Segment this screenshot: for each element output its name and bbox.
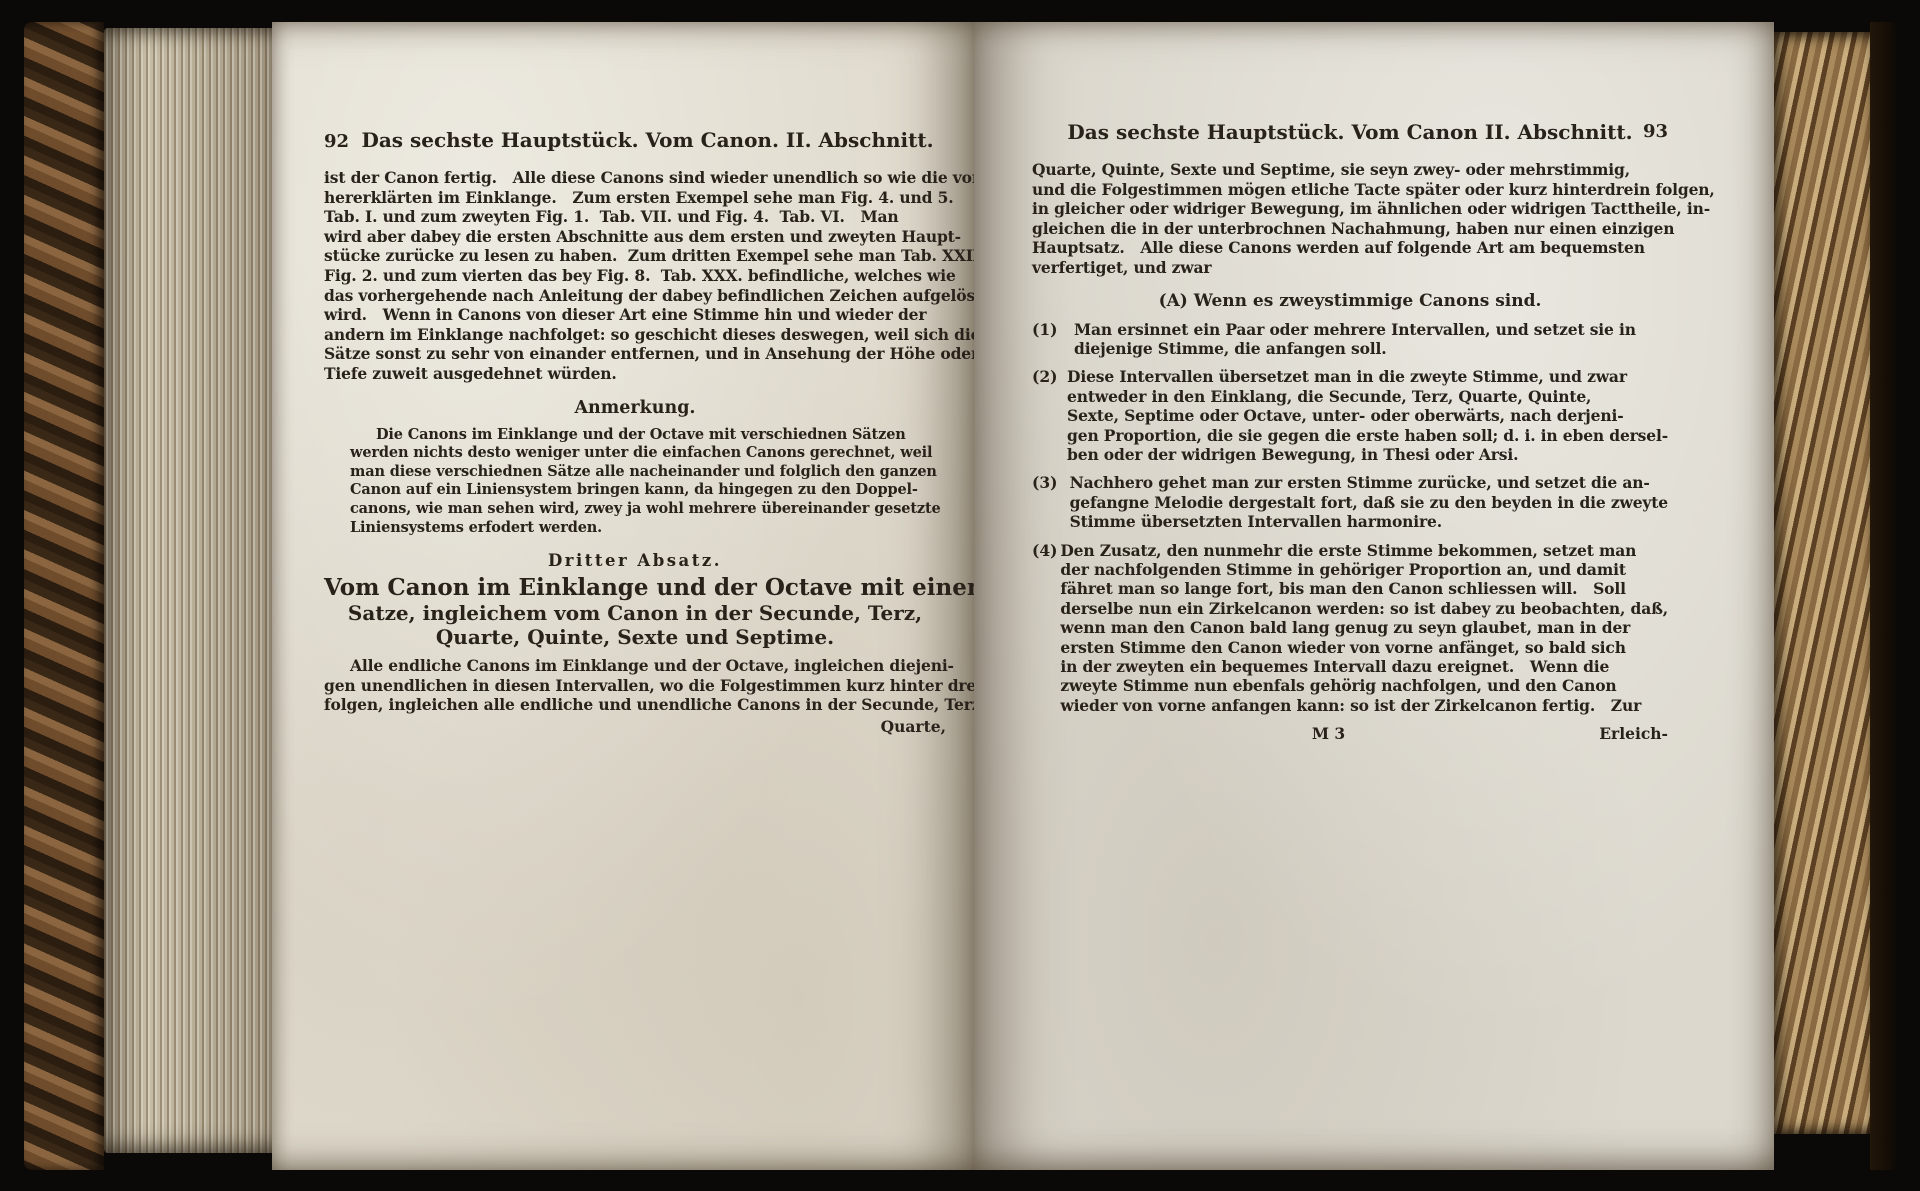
text-line: Quarte, Quinte, Sexte und Septime. xyxy=(324,625,946,649)
list-item-3: (3) Nachhero gehet man zur ersten Stimme… xyxy=(1032,473,1668,531)
text-line: und die Folgestimmen mögen etliche Tacte… xyxy=(1032,180,1668,200)
text-line: Fig. 2. und zum vierten das bey Fig. 8. … xyxy=(324,266,946,286)
text-line: wird aber dabey die ersten Abschnitte au… xyxy=(324,227,946,247)
left-page: 92 Das sechste Hauptstück. Vom Canon. II… xyxy=(272,22,974,1170)
text-line: gen unendlichen in diesen Intervallen, w… xyxy=(324,676,946,696)
left-cover-marbled-edge xyxy=(24,22,104,1170)
text-line: in der zweyten ein bequemes Intervall da… xyxy=(1060,657,1668,676)
text-line: ersten Stimme den Canon wieder von vorne… xyxy=(1060,638,1668,657)
signature-mark: M 3 xyxy=(1312,724,1345,744)
right-paragraph-1: Quarte, Quinte, Sexte und Septime, sie s… xyxy=(1032,160,1668,278)
section-title: Vom Canon im Einklange und der Octave mi… xyxy=(324,574,946,649)
text-line: wieder von vorne anfangen kann: so ist d… xyxy=(1060,696,1668,715)
list-item-2: (2) Diese Intervallen übersetzet man in … xyxy=(1032,367,1668,464)
text-line: in gleicher oder widriger Bewegung, im ä… xyxy=(1032,199,1668,219)
text-line: entweder in den Einklang, die Secunde, T… xyxy=(1067,387,1668,406)
text-line: Die Canons im Einklange und der Octave m… xyxy=(350,426,920,445)
list-item-4: (4) Den Zusatz, den nunmehr die erste St… xyxy=(1032,541,1668,716)
left-page-text-block: 92 Das sechste Hauptstück. Vom Canon. II… xyxy=(324,128,946,737)
text-line: folgen, ingleichen alle endliche und une… xyxy=(324,695,946,715)
anmerkung-paragraph: Die Canons im Einklange und der Octave m… xyxy=(324,426,946,538)
right-page-text-block: Das sechste Hauptstück. Vom Canon II. Ab… xyxy=(1032,120,1668,744)
item-3-text: Nachhero gehet man zur ersten Stimme zur… xyxy=(1070,473,1668,531)
item-1-text: Man ersinnet ein Paar oder mehrere Inter… xyxy=(1074,320,1668,359)
list-item-1: (1) Man ersinnet ein Paar oder mehrere I… xyxy=(1032,320,1668,359)
text-line: Tab. I. und zum zweyten Fig. 1. Tab. VII… xyxy=(324,207,946,227)
item-3-number: (3) xyxy=(1032,473,1070,531)
item-2-text: Diese Intervallen übersetzet man in die … xyxy=(1067,367,1668,464)
right-running-header: Das sechste Hauptstück. Vom Canon II. Ab… xyxy=(1032,120,1668,144)
text-line: ist der Canon fertig. Alle diese Canons … xyxy=(324,168,946,188)
text-line: gen Proportion, die sie gegen die erste … xyxy=(1067,426,1668,445)
open-book: 92 Das sechste Hauptstück. Vom Canon. II… xyxy=(24,22,1896,1170)
anmerkung-heading: Anmerkung. xyxy=(324,398,946,418)
text-line: man diese verschiednen Sätze alle nachei… xyxy=(350,463,920,482)
text-line: der nachfolgenden Stimme in gehöriger Pr… xyxy=(1060,560,1668,579)
text-line: Liniensystems erfodert werden. xyxy=(350,519,920,538)
text-line: Stimme übersetzten Intervallen harmonire… xyxy=(1070,512,1668,531)
text-line: diejenige Stimme, die anfangen soll. xyxy=(1074,339,1668,358)
item-2-number: (2) xyxy=(1032,367,1067,464)
right-page-number: 93 xyxy=(1643,121,1668,142)
text-line: Sätze sonst zu sehr von einander entfern… xyxy=(324,344,946,364)
text-line: Nachhero gehet man zur ersten Stimme zur… xyxy=(1070,473,1668,492)
left-header-title: Das sechste Hauptstück. Vom Canon. II. A… xyxy=(349,128,946,152)
dritter-absatz-heading: Dritter Absatz. xyxy=(324,551,946,570)
left-catchword: Quarte, xyxy=(881,717,946,737)
text-line: werden nichts desto weniger unter die ei… xyxy=(350,444,920,463)
text-line: canons, wie man sehen wird, zwey ja wohl… xyxy=(350,500,920,519)
right-cover-edge xyxy=(1870,22,1896,1170)
left-paragraph-1: ist der Canon fertig. Alle diese Canons … xyxy=(324,168,946,384)
text-line: Vom Canon im Einklange und der Octave mi… xyxy=(324,574,946,601)
right-catchword: Erleich- xyxy=(1599,724,1668,744)
text-line: fähret man so lange fort, bis man den Ca… xyxy=(1060,579,1668,598)
text-line: Hauptsatz. Alle diese Canons werden auf … xyxy=(1032,238,1668,258)
text-line: derselbe nun ein Zirkelcanon werden: so … xyxy=(1060,599,1668,618)
subsection-a-heading: (A) Wenn es zweystimmige Canons sind. xyxy=(1032,291,1668,311)
right-header-title: Das sechste Hauptstück. Vom Canon II. Ab… xyxy=(1067,120,1632,144)
text-line: hererklärten im Einklange. Zum ersten Ex… xyxy=(324,188,946,208)
text-line: Alle endliche Canons im Einklange und de… xyxy=(324,656,946,676)
left-catchword-line: Quarte, xyxy=(324,717,946,737)
text-line: andern im Einklange nachfolget: so gesch… xyxy=(324,325,946,345)
right-fore-edge-stack xyxy=(1774,32,1870,1134)
text-line: Tiefe zuweit ausgedehnet würden. xyxy=(324,364,946,384)
text-line: Diese Intervallen übersetzet man in die … xyxy=(1067,367,1668,386)
left-running-header: 92 Das sechste Hauptstück. Vom Canon. II… xyxy=(324,128,946,152)
text-line: Den Zusatz, den nunmehr die erste Stimme… xyxy=(1060,541,1668,560)
text-line: wenn man den Canon bald lang genug zu se… xyxy=(1060,618,1668,637)
right-page: Das sechste Hauptstück. Vom Canon II. Ab… xyxy=(974,22,1774,1170)
text-line: stücke zurücke zu lesen zu haben. Zum dr… xyxy=(324,246,946,266)
text-line: verfertiget, und zwar xyxy=(1032,258,1668,278)
item-4-number: (4) xyxy=(1032,541,1060,716)
item-1-number: (1) xyxy=(1032,320,1074,359)
text-line: wird. Wenn in Canons von dieser Art eine… xyxy=(324,305,946,325)
item-4-text: Den Zusatz, den nunmehr die erste Stimme… xyxy=(1060,541,1668,716)
left-paragraph-2: Alle endliche Canons im Einklange und de… xyxy=(324,656,946,715)
text-line: Satze, ingleichem vom Canon in der Secun… xyxy=(324,601,946,625)
text-line: das vorhergehende nach Anleitung der dab… xyxy=(324,286,946,306)
text-line: Canon auf ein Liniensystem bringen kann,… xyxy=(350,481,920,500)
left-page-number: 92 xyxy=(324,131,349,152)
right-bottom-line: M 3 Erleich- xyxy=(1032,724,1668,744)
text-line: Sexte, Septime oder Octave, unter- oder … xyxy=(1067,406,1668,425)
text-line: gleichen die in der unterbrochnen Nachah… xyxy=(1032,219,1668,239)
text-line: gefangne Melodie dergestalt fort, daß si… xyxy=(1070,493,1668,512)
text-line: zweyte Stimme nun ebenfals gehörig nachf… xyxy=(1060,676,1668,695)
text-line: Quarte, Quinte, Sexte und Septime, sie s… xyxy=(1032,160,1668,180)
text-line: Man ersinnet ein Paar oder mehrere Inter… xyxy=(1074,320,1668,339)
left-page-edge-stack xyxy=(104,28,272,1153)
text-line: ben oder der widrigen Bewegung, in Thesi… xyxy=(1067,445,1668,464)
